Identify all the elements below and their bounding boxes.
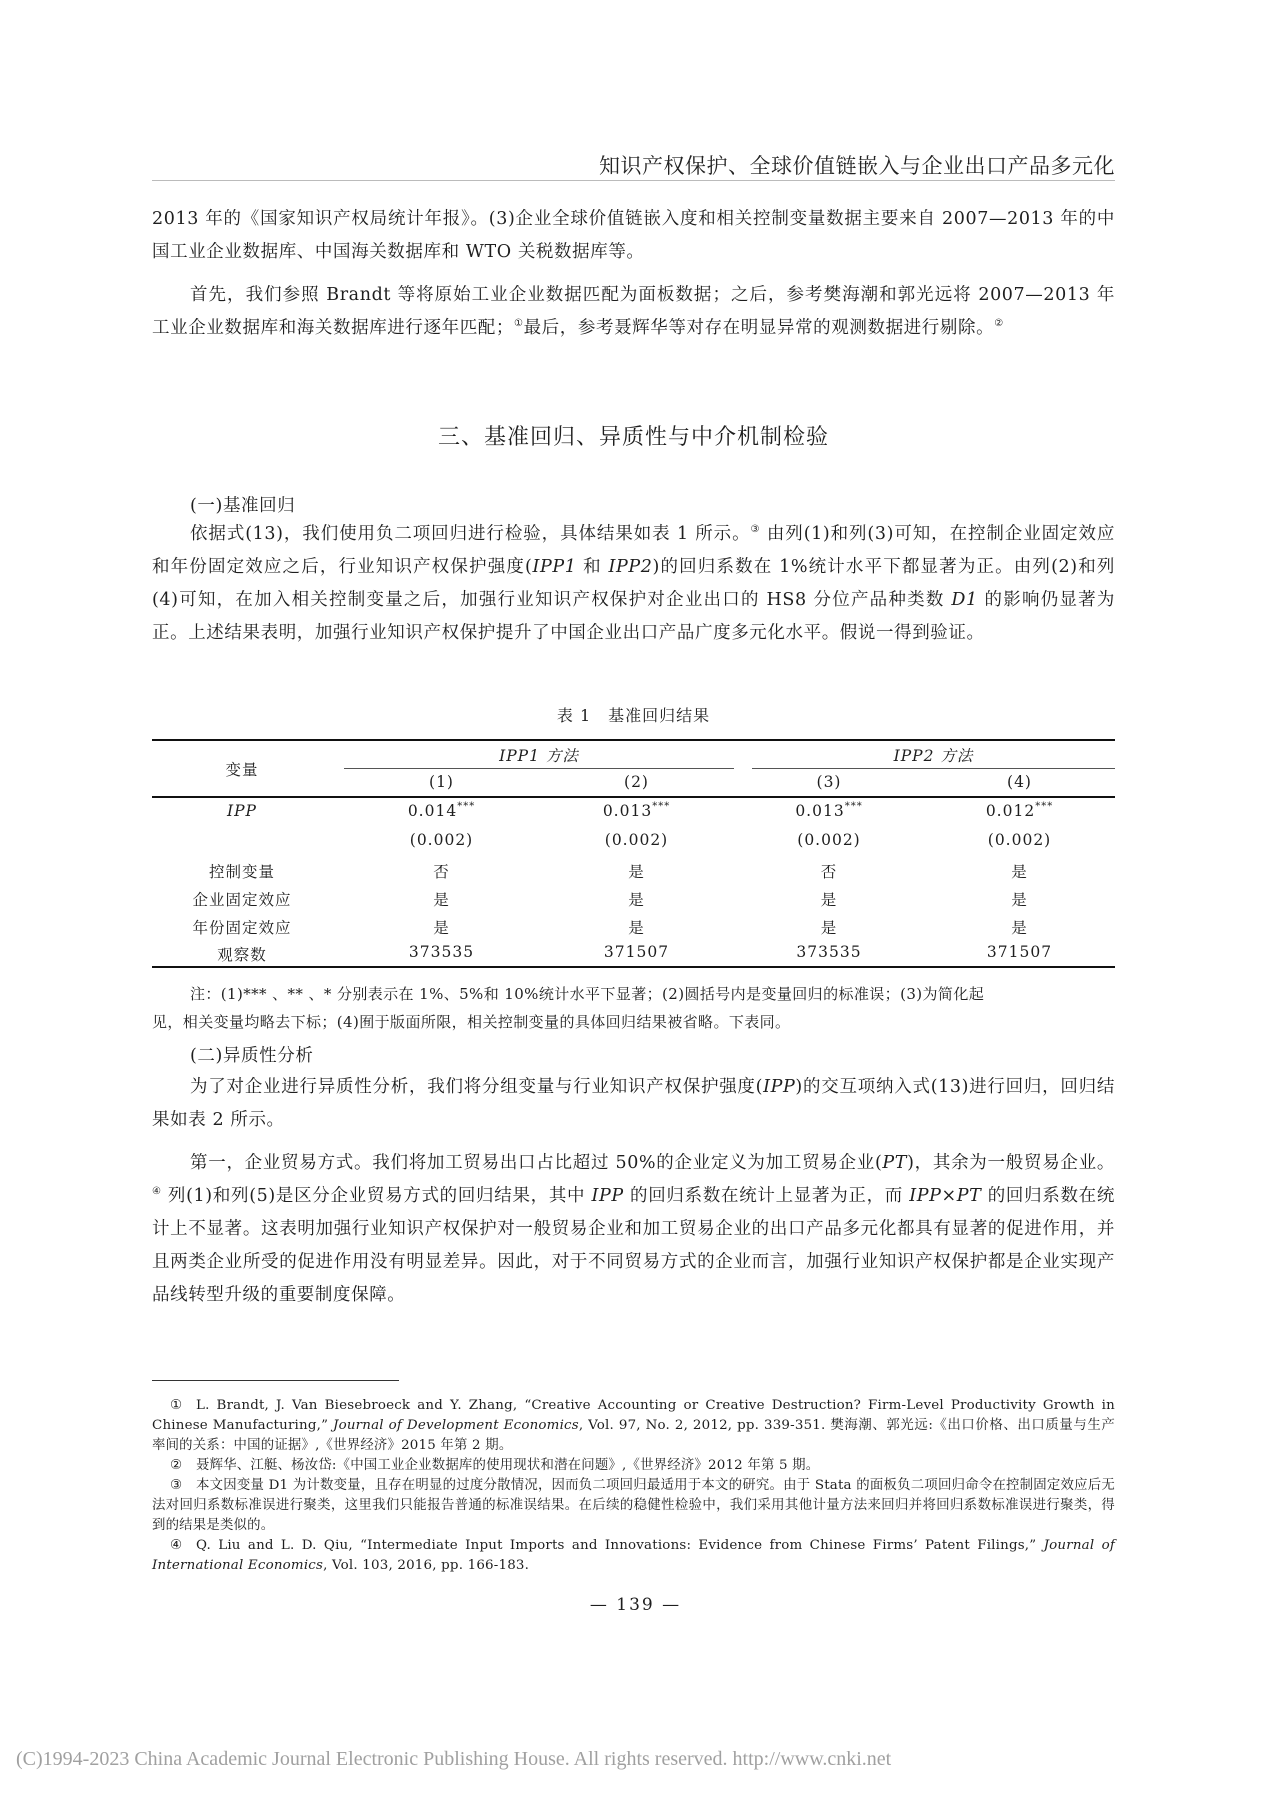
table-cell: 是: [344, 888, 539, 910]
row-label-ipp: IPP: [152, 802, 332, 820]
footnote-ref-3[interactable]: ③: [751, 524, 761, 535]
column-header: (3): [734, 773, 924, 791]
table-cell: 是: [924, 860, 1115, 882]
subsection-title-baseline: (一)基准回归: [190, 492, 295, 517]
table-cell-se: (0.002): [539, 831, 734, 849]
paragraph-baseline-results: 依据式(13)，我们使用负二项回归进行检验，具体结果如表 1 所示。③ 由列(1…: [152, 518, 1115, 650]
table-note: 注：(1)*** 、** 、* 分别表示在 1%、5%和 10%统计水平下显著；…: [152, 980, 1115, 1036]
footnote-1: ①L. Brandt, J. Van Biesebroeck and Y. Zh…: [152, 1396, 1115, 1456]
footnote-ref-1[interactable]: ①: [514, 318, 524, 329]
table-cell: 371507: [539, 943, 734, 961]
header-divider: [152, 180, 1115, 181]
footnote-divider: [152, 1380, 399, 1381]
footnote-3: ③本文因变量 D1 为计数变量，且存在明显的过度分散情况，因而负二项回归最适用于…: [152, 1476, 1115, 1536]
table-cell: 否: [734, 860, 924, 882]
table-cell: 是: [344, 916, 539, 938]
table-cell: 0.013***: [734, 802, 924, 820]
table-cell: 371507: [924, 943, 1115, 961]
table-cell: 否: [344, 860, 539, 882]
table-top-rule: [152, 739, 1115, 741]
table-cell: 373535: [344, 943, 539, 961]
header-variable: 变量: [152, 758, 332, 780]
column-header: (4): [924, 773, 1115, 791]
table-cell: 是: [734, 888, 924, 910]
column-header: (2): [539, 773, 734, 791]
table-cell: 是: [539, 916, 734, 938]
footnote-ref-2[interactable]: ②: [994, 318, 1004, 329]
header-group-ipp2: IPP2 方法: [752, 744, 1115, 766]
table-mid-rule: [152, 796, 1115, 798]
table-cell: 是: [924, 916, 1115, 938]
row-label-firm-fe: 企业固定效应: [152, 888, 332, 910]
table-cell-se: (0.002): [344, 831, 539, 849]
group2-rule: [752, 768, 1115, 769]
paragraph-trade-mode: 第一，企业贸易方式。我们将加工贸易出口占比超过 50%的企业定义为加工贸易企业(…: [152, 1147, 1115, 1312]
copyright-notice: (C)1994-2023 China Academic Journal Elec…: [16, 1748, 891, 1771]
footnote-ref-4[interactable]: ④: [152, 1186, 162, 1197]
footnotes: ①L. Brandt, J. Van Biesebroeck and Y. Zh…: [152, 1396, 1115, 1576]
group1-rule: [344, 768, 734, 769]
table-cell: 0.014***: [344, 802, 539, 820]
table-cell: 是: [539, 860, 734, 882]
row-label-observations: 观察数: [152, 943, 332, 965]
header-group-ipp1: IPP1 方法: [344, 744, 734, 766]
table-cell-se: (0.002): [734, 831, 924, 849]
table-cell: 0.013***: [539, 802, 734, 820]
footnote-2: ②聂辉华、江艇、杨汝岱:《中国工业企业数据库的使用现状和潜在问题》,《世界经济》…: [152, 1456, 1115, 1476]
table-cell: 是: [924, 888, 1115, 910]
paragraph-heterogeneity-intro: 为了对企业进行异质性分析，我们将分组变量与行业知识产权保护强度(IPP)的交互项…: [152, 1071, 1115, 1137]
table-bottom-rule: [152, 966, 1115, 968]
section-title: 三、基准回归、异质性与中介机制检验: [152, 420, 1115, 451]
column-header: (1): [344, 773, 539, 791]
page-number: — 139 —: [0, 1595, 1271, 1615]
journal-page: 知识产权保护、全球价值链嵌入与企业出口产品多元化 2013 年的《国家知识产权局…: [0, 0, 1271, 1797]
table-cell-se: (0.002): [924, 831, 1115, 849]
row-label-controls: 控制变量: [152, 860, 332, 882]
table-caption: 表 1 基准回归结果: [152, 703, 1115, 726]
table-cell: 是: [734, 916, 924, 938]
table-cell: 是: [539, 888, 734, 910]
paragraph-data-sources: 2013 年的《国家知识产权局统计年报》。(3)企业全球价值链嵌入度和相关控制变…: [152, 203, 1115, 269]
table-cell: 0.012***: [924, 802, 1115, 820]
paragraph-data-matching: 首先，我们参照 Brandt 等将原始工业企业数据匹配为面板数据；之后，参考樊海…: [152, 279, 1115, 345]
running-head: 知识产权保护、全球价值链嵌入与企业出口产品多元化: [560, 150, 1115, 180]
table-cell: 373535: [734, 943, 924, 961]
footnote-4: ④Q. Liu and L. D. Qiu, “Intermediate Inp…: [152, 1536, 1115, 1576]
subsection-title-heterogeneity: (二)异质性分析: [190, 1042, 313, 1067]
row-label-year-fe: 年份固定效应: [152, 916, 332, 938]
